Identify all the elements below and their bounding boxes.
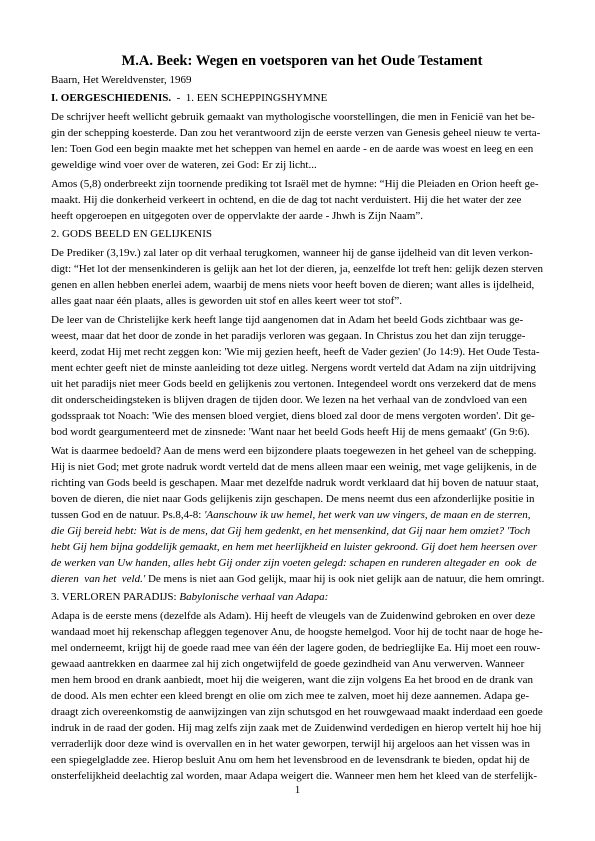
psalm-quote: dieren van het veld.' [51,573,145,585]
text-line: godsspraak tot Noach: 'Wie des mensen bl… [51,408,553,424]
text-run: tussen God en de natuur. Ps.8,4-8: [51,509,204,521]
text-line: len: Toen God een begin maakte met het s… [51,141,553,157]
text-line: een spiegelgladde zee. Hierop besluit An… [51,752,553,768]
text-line: richting van Gods beeld is geschapen. Ma… [51,475,553,491]
text-line: dieren van het veld.' De mens is niet aa… [51,571,553,587]
text-line: genen en allen hebben enerlei adem, waar… [51,277,553,293]
text-line: wandaad moet hij rekenschap afleggen teg… [51,624,553,640]
text-line: gewaad aantrekken en daarmee zal hij zic… [51,656,553,672]
paragraph-6: Adapa is de eerste mens (dezelfde als Ad… [51,608,553,784]
text-line: Hij is niet God; met grote nadruk wordt … [51,459,553,475]
paragraph-2: Amos (5,8) onderbreekt zijn toornende pr… [51,176,553,224]
text-line: onsterfelijkheid deelachtig zal worden, … [51,768,553,784]
text-line: maakt. Hij die donkerheid verkeert in oc… [51,192,553,208]
text-line: uit het paradijs niet meer Gods beeld en… [51,376,553,392]
text-line: Wat is daarmee bedoeld? Aan de mens werd… [51,443,553,459]
text-line: bod wordt geargumenteerd met de zinsnede… [51,424,553,440]
text-line: ment echter geeft niet de minste aanleid… [51,360,553,376]
page-number: 1 [0,783,595,797]
text-line: verraderlijk door deze wind is overvalle… [51,736,553,752]
text-line: men hem brood en drank aanbiedt, moet hi… [51,672,553,688]
paragraph-4: De leer van de Christelijke kerk heeft l… [51,312,553,440]
psalm-quote: die Gij bereid hebt: Wat is de mens, dat… [51,525,530,537]
text-line: Adapa is de eerste mens (dezelfde als Ad… [51,608,553,624]
text-line: indruk in de raad der goden. Hij mag zel… [51,720,553,736]
text-line: dit onderscheidingsteken is blijven drag… [51,392,553,408]
text-line: De leer van de Christelijke kerk heeft l… [51,312,553,328]
section-heading-2: 2. GODS BEELD EN GELIJKENIS [51,227,553,242]
text-line: keerd, zodat Hij met recht zeggen kon: '… [51,344,553,360]
psalm-quote: 'Aanschouw ik uw hemel, het werk van uw … [204,509,530,521]
text-line: De schrijver heeft wellicht gebruik gema… [51,109,553,125]
document-title: M.A. Beek: Wegen en voetsporen van het O… [51,52,553,70]
paragraph-5: Wat is daarmee bedoeld? Aan de mens werd… [51,443,553,587]
text-line: weest, maar dat het door de zonde in het… [51,328,553,344]
section-title: 3. VERLOREN PARADIJS: [51,591,179,603]
text-line: De Prediker (3,19v.) zal later op dit ve… [51,245,553,261]
text-line: hebt Gij hem bijna goddelijk gemaakt, en… [51,539,553,555]
text-run: De mens is niet aan God gelijk, maar hij… [145,573,544,585]
text-line: digt: “Het lot der mensenkinderen is gel… [51,261,553,277]
psalm-quote: de werken van Uw handen, alles hebt Gij … [51,557,537,569]
text-line: gin der schepping koesterde. Dan zou het… [51,125,553,141]
text-line: de werken van Uw handen, alles hebt Gij … [51,555,553,571]
part-title: I. OERGESCHIEDENIS. [51,92,171,104]
text-line: de dood. Als men echter een kleed brengt… [51,688,553,704]
heading-separator: - [171,92,186,104]
text-line: alles gaat naar één plaats, alles is gew… [51,293,553,309]
text-line: Amos (5,8) onderbreekt zijn toornende pr… [51,176,553,192]
text-line: mel onderneemt, krijgt hij de goede raad… [51,640,553,656]
text-line: boven de dieren, die niet naar Gods geli… [51,491,553,507]
text-line: heeft opgeroepen en uitgegoten over de o… [51,208,553,224]
paragraph-3: De Prediker (3,19v.) zal later op dit ve… [51,245,553,309]
publication-info: Baarn, Het Wereldvenster, 1969 [51,73,553,88]
section-heading-3: 3. VERLOREN PARADIJS: Babylonische verha… [51,590,553,605]
document-page: M.A. Beek: Wegen en voetsporen van het O… [51,52,553,787]
text-line: draagt zich overeenkomstig de aanwijzing… [51,704,553,720]
paragraph-1: De schrijver heeft wellicht gebruik gema… [51,109,553,173]
section-title: 1. EEN SCHEPPINGSHYMNE [186,92,328,104]
text-line: die Gij bereid hebt: Wat is de mens, dat… [51,523,553,539]
section-subtitle: Babylonische verhaal van Adapa: [179,591,328,603]
psalm-quote: hebt Gij hem bijna goddelijk gemaakt, en… [51,541,537,553]
text-line: tussen God en de natuur. Ps.8,4-8: 'Aans… [51,507,553,523]
section-heading-1: I. OERGESCHIEDENIS. - 1. EEN SCHEPPINGSH… [51,91,553,106]
text-line: geweldige wind voer over de wateren, zei… [51,157,553,173]
